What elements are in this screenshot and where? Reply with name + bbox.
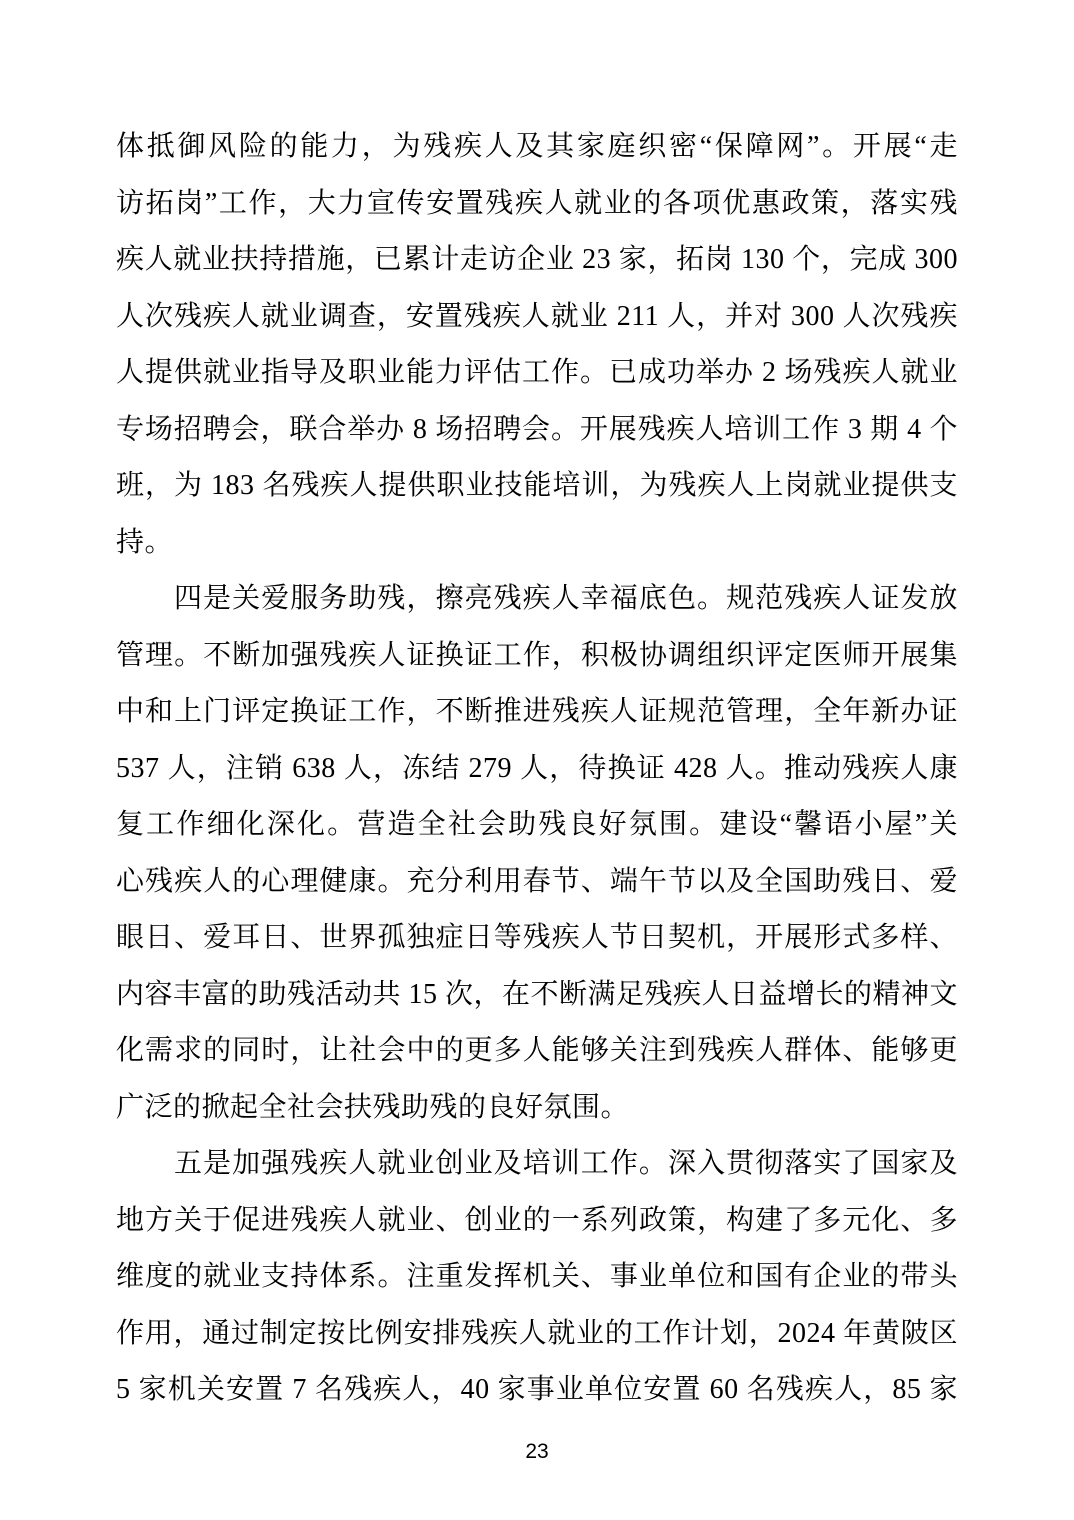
text-line: 5 家机关安置 7 名残疾人，40 家事业单位安置 60 名残疾人，85 家 — [116, 1362, 958, 1419]
text-line: 疾人就业扶持措施，已累计走访企业 23 家，拓岗 130 个，完成 300 — [116, 232, 958, 289]
document-page: 体抵御风险的能力，为残疾人及其家庭织密“保障网”。开展“走 访拓岗”工作，大力宣… — [0, 0, 1074, 1520]
text-line: 作用，通过制定按比例安排残疾人就业的工作计划，2024 年黄陂区 — [116, 1306, 958, 1363]
paragraph-employment-training: 五是加强残疾人就业创业及培训工作。深入贯彻落实了国家及 地方关于促进残疾人就业、… — [116, 1136, 958, 1419]
text-line: 眼日、爱耳日、世界孤独症日等残疾人节日契机，开展形式多样、 — [116, 910, 958, 967]
text-line: 体抵御风险的能力，为残疾人及其家庭织密“保障网”。开展“走 — [116, 119, 958, 176]
text-line: 中和上门评定换证工作，不断推进残疾人证规范管理，全年新办证 — [116, 684, 958, 741]
text-line: 化需求的同时，让社会中的更多人能够关注到残疾人群体、能够更 — [116, 1023, 958, 1080]
text-line: 地方关于促进残疾人就业、创业的一系列政策，构建了多元化、多 — [116, 1193, 958, 1250]
text-line: 心残疾人的心理健康。充分利用春节、端午节以及全国助残日、爱 — [116, 854, 958, 911]
text-line: 人提供就业指导及职业能力评估工作。已成功举办 2 场残疾人就业 — [116, 345, 958, 402]
text-line: 五是加强残疾人就业创业及培训工作。深入贯彻落实了国家及 — [116, 1136, 958, 1193]
text-line: 四是关爱服务助残，擦亮残疾人幸福底色。规范残疾人证发放 — [116, 571, 958, 628]
text-line: 复工作细化深化。营造全社会助残良好氛围。建设“馨语小屋”关 — [116, 797, 958, 854]
paragraph-care-services: 四是关爱服务助残，擦亮残疾人幸福底色。规范残疾人证发放 管理。不断加强残疾人证换… — [116, 571, 958, 1136]
text-line: 内容丰富的助残活动共 15 次，在不断满足残疾人日益增长的精神文 — [116, 967, 958, 1024]
text-line: 537 人，注销 638 人，冻结 279 人，待换证 428 人。推动残疾人康 — [116, 741, 958, 798]
page-number: 23 — [0, 1438, 1074, 1466]
paragraph-employment-continuation: 体抵御风险的能力，为残疾人及其家庭织密“保障网”。开展“走 访拓岗”工作，大力宣… — [116, 119, 958, 571]
text-line: 专场招聘会，联合举办 8 场招聘会。开展残疾人培训工作 3 期 4 个 — [116, 402, 958, 459]
text-line: 广泛的掀起全社会扶残助残的良好氛围。 — [116, 1080, 958, 1137]
text-line: 人次残疾人就业调查，安置残疾人就业 211 人，并对 300 人次残疾 — [116, 289, 958, 346]
document-body: 体抵御风险的能力，为残疾人及其家庭织密“保障网”。开展“走 访拓岗”工作，大力宣… — [116, 119, 958, 1419]
text-line: 维度的就业支持体系。注重发挥机关、事业单位和国有企业的带头 — [116, 1249, 958, 1306]
text-line: 班，为 183 名残疾人提供职业技能培训，为残疾人上岗就业提供支 — [116, 458, 958, 515]
text-line: 访拓岗”工作，大力宣传安置残疾人就业的各项优惠政策，落实残 — [116, 176, 958, 233]
text-line: 持。 — [116, 515, 958, 572]
text-line: 管理。不断加强残疾人证换证工作，积极协调组织评定医师开展集 — [116, 628, 958, 685]
